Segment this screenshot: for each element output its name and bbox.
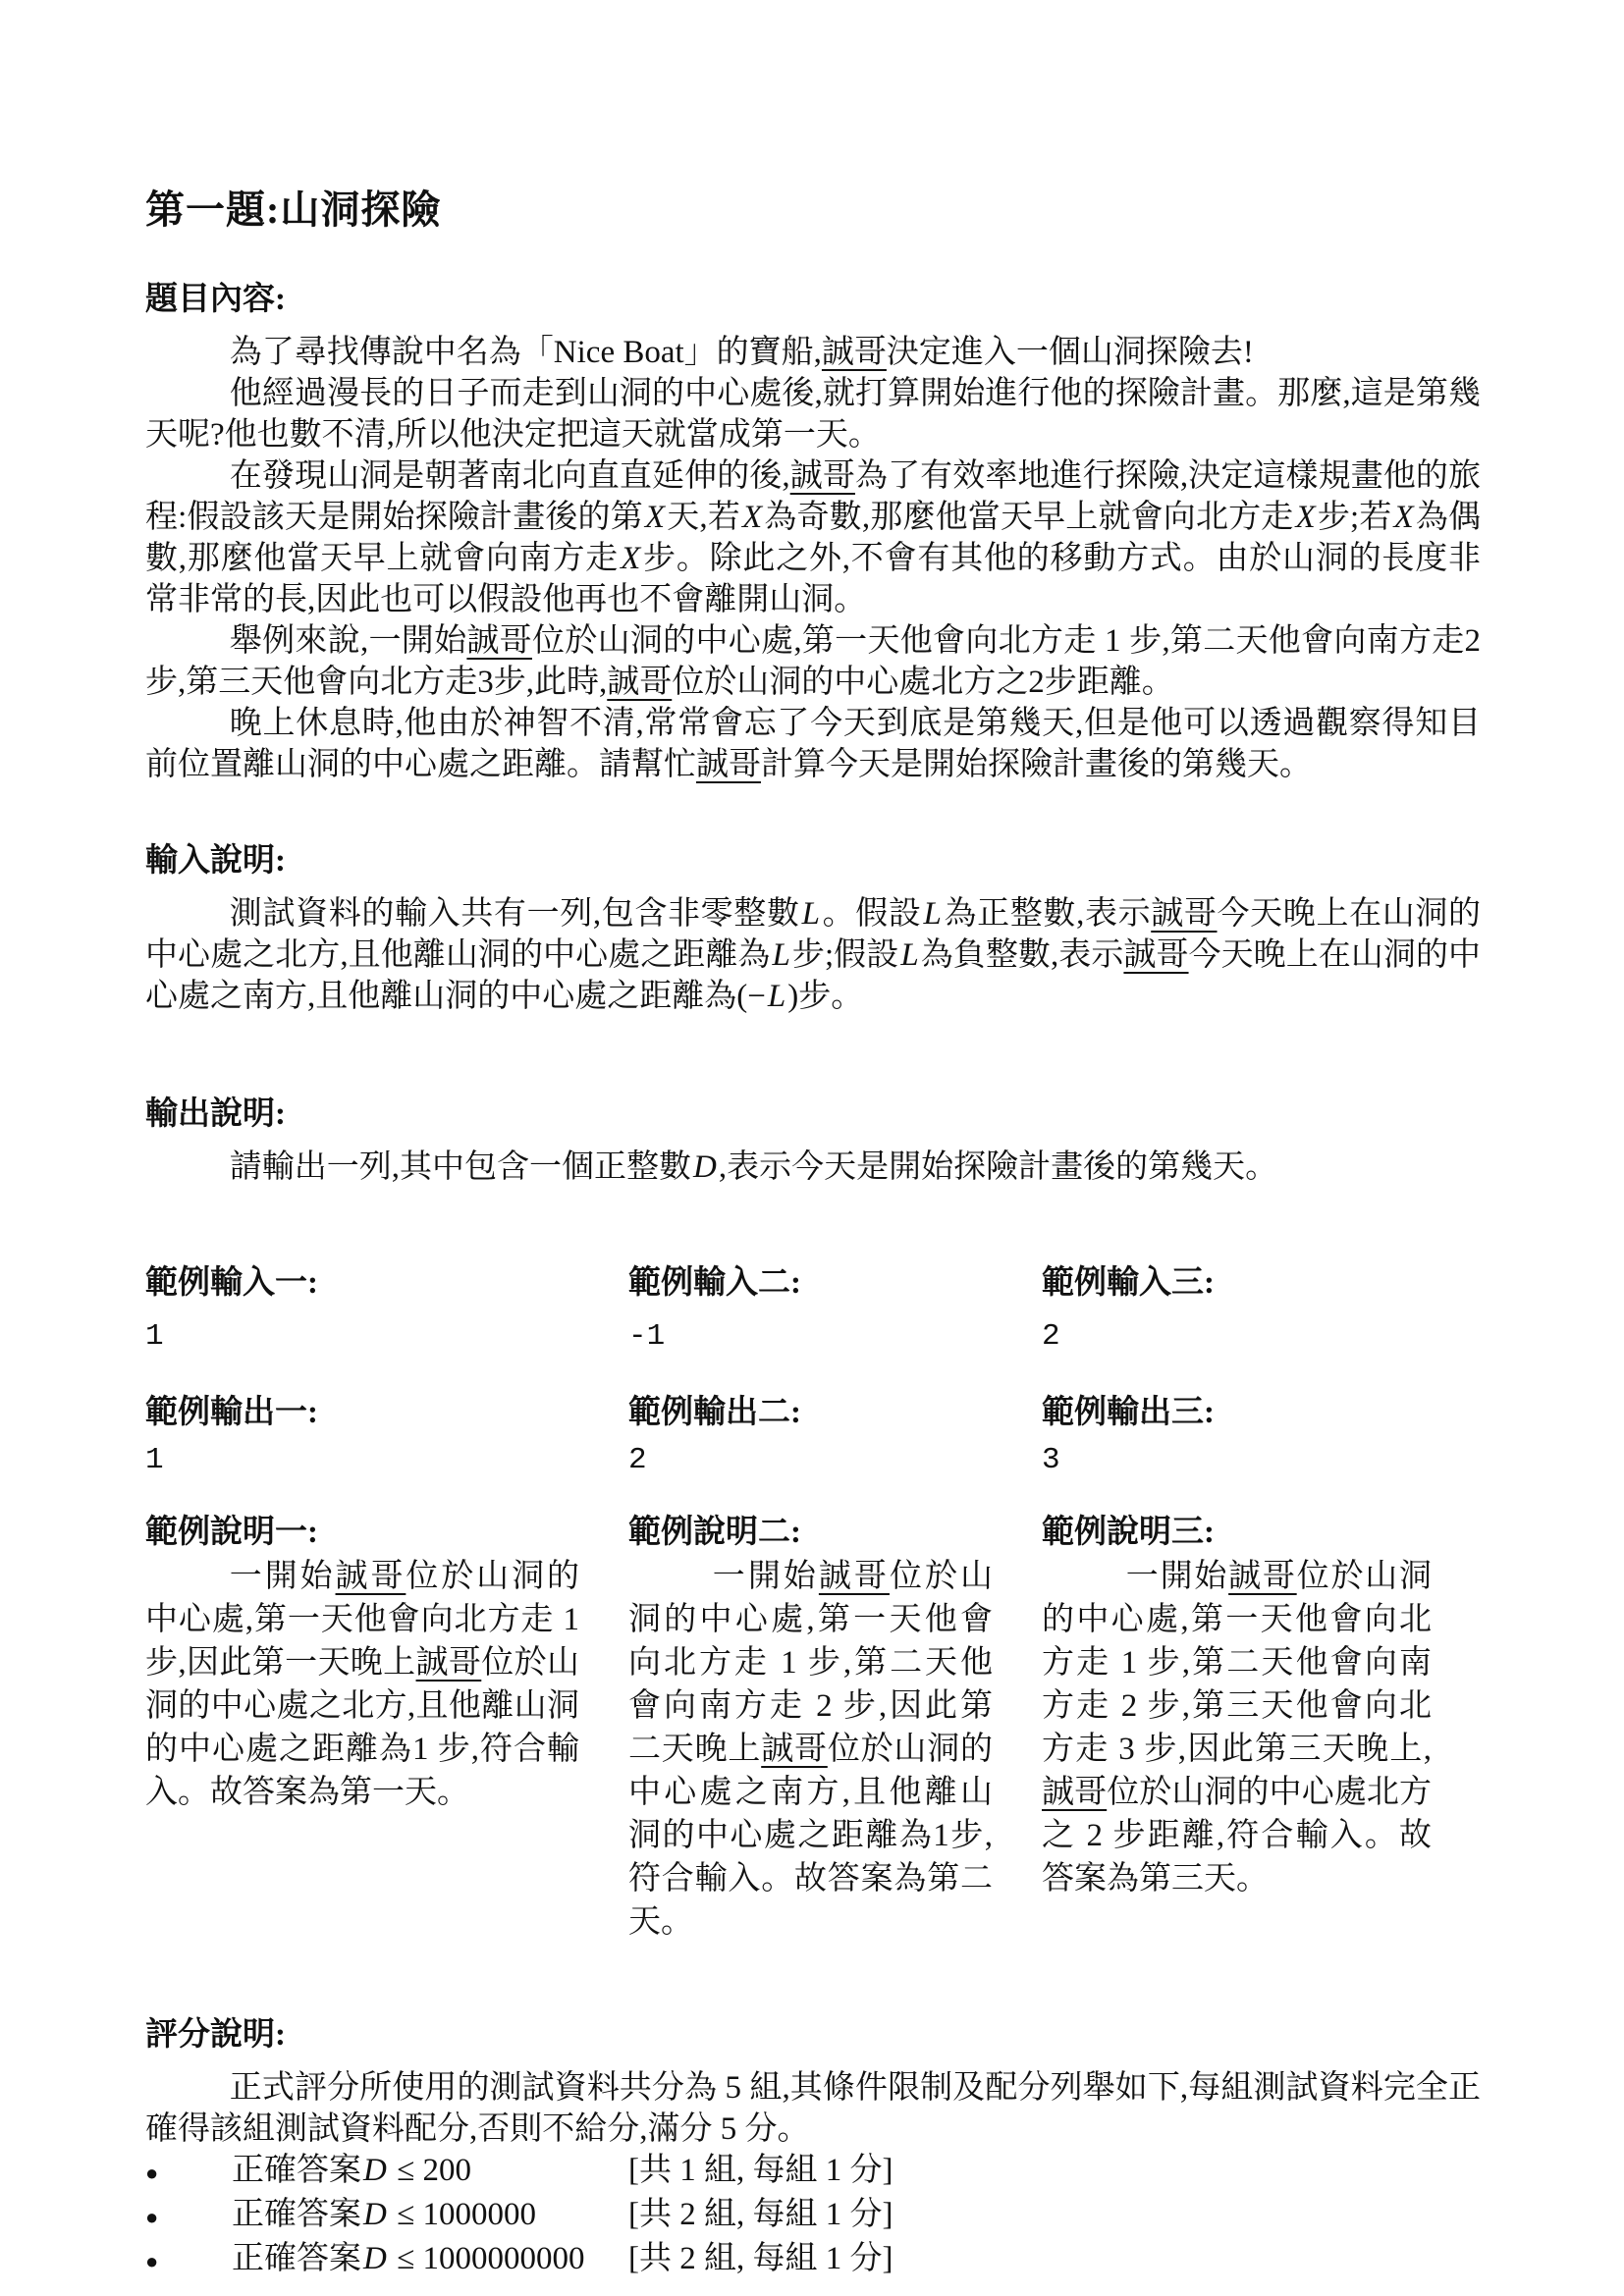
text-run: 步;假設 [792,937,898,973]
sample-input-2-heading: 範例輸入二: [628,1262,993,1304]
sample-explanation-3-heading: 範例說明三: [1042,1512,1432,1553]
proper-name-underlined: 誠哥 [607,665,672,700]
section-statement: 題目內容: 為了尋找傳說中名為「Nice Boat」的寶船,誠哥決定進入一個山洞… [145,279,1481,785]
text-run: 步,此時, [494,665,608,700]
latin-text-run: 1 [1096,623,1129,659]
statement-heading: 題目內容: [145,279,1481,320]
proper-name-underlined: 誠哥 [1042,1775,1107,1810]
text-run: 請輸出一列,其中包含一個正整數 [230,1149,691,1185]
proper-name-underlined: 誠哥 [696,747,761,782]
math-variable: D [361,2153,389,2188]
sample-output-1-value: 1 [145,1439,579,1482]
latin-text-run: 2 [805,1688,843,1724]
proper-name-underlined: 誠哥 [1228,1559,1297,1594]
scoring-constraint-1: 正確答案D ≤ 200 [232,2150,628,2191]
text-run: 位於山洞的中心處北方之 [672,665,1028,700]
sample-explanation-1-text: 一開始誠哥位於山洞的中心處,第一天他會向北方走 1 步,因此第一天晚上誠哥位於山… [145,1555,579,1814]
sample-output-3-value: 3 [1042,1439,1432,1482]
latin-text-run: 1 [933,1818,949,1853]
latin-text-run: (− [736,979,766,1014]
output-spec-paragraph: 請輸出一列,其中包含一個正整數D,表示今天是開始探險計畫後的第幾天。 [145,1147,1481,1188]
text-run: 舉例來說,一開始 [230,623,467,659]
scoring-bullet-3: ● 正確答案D ≤ 1000000000 [共 2 組, 每組 1 分] [145,2238,1481,2282]
statement-paragraph-4: 舉例來說,一開始誠哥位於山洞的中心處,第一天他會向北方走 1 步,第二天他會向南… [145,620,1481,703]
proper-name-underlined: 誠哥 [466,623,532,659]
math-variable: X [619,541,642,576]
bullet-icon: ● [145,2197,232,2238]
text-run: 一開始 [713,1559,819,1594]
sample-explanation-2-text: 一開始誠哥位於山洞的中心處,第一天他會向北方走 1 步,第二天他會向南方走 2 … [628,1555,993,1944]
section-input-spec: 輸入說明: 測試資料的輸入共有一列,包含非零整數L。假設L為正整數,表示誠哥今天… [145,840,1481,1017]
sample-column-1: 範例輸入一: 1 範例輸出一: 1 範例說明一: 一開始誠哥位於山洞的中心處,第… [145,1262,628,1944]
latin-text-run: Nice Boat [554,335,684,370]
bullet-icon: ● [145,2153,232,2194]
latin-text-run: 2 [1110,1688,1147,1724]
document-page: 第一題:山洞探險 題目內容: 為了尋找傳說中名為「Nice Boat」的寶船,誠… [0,0,1624,2296]
scoring-score-3: [共 2 組, 每組 1 分] [628,2238,1481,2279]
math-variable: L [766,979,787,1014]
sample-output-3-heading: 範例輸出三: [1042,1392,1432,1433]
math-variable: X [740,500,764,535]
text-run: 決定進入一個山洞探險去! [887,335,1254,370]
text-run: 他經過漫長的日子而走到山洞的中心處後,就打算開始進行他的探險計畫。那麼,這是第幾… [145,376,1481,453]
proper-name-underlined: 誠哥 [819,1559,890,1594]
math-variable: D [361,2197,389,2232]
math-variable: X [1293,500,1317,535]
sample-column-3: 範例輸入三: 2 範例輸出三: 3 範例說明三: 一開始誠哥位於山洞的中心處,第… [1042,1262,1481,1944]
text-run: 天,若 [667,500,740,535]
section-samples: 範例輸入一: 1 範例輸出一: 1 範例說明一: 一開始誠哥位於山洞的中心處,第… [145,1262,1481,1944]
math-variable: X [643,500,667,535]
output-spec-heading: 輸出說明: [145,1094,1481,1135]
sample-input-1-value: 1 [145,1315,579,1359]
text-run: 。假設 [822,896,922,932]
input-spec-heading: 輸入說明: [145,840,1481,881]
math-variable: D [691,1149,719,1185]
scoring-paragraph: 正式評分所使用的測試資料共分為 5 組,其條件限制及配分列舉如下,每組測試資料完… [145,2067,1481,2150]
sample-output-2-value: 2 [628,1439,993,1482]
latin-text-run: 2 [1028,665,1045,700]
math-variable: L [770,937,791,973]
latin-text-run: ≤ 1000000 [389,2197,536,2232]
latin-text-run: 3 [1110,1732,1145,1767]
latin-text-run: 1 [554,1602,579,1637]
sample-input-1-heading: 範例輸入一: [145,1262,579,1304]
proper-name-underlined: 誠哥 [416,1645,482,1681]
scoring-bullet-1: ● 正確答案D ≤ 200 [共 1 組, 每組 1 分] [145,2150,1481,2194]
section-output-spec: 輸出說明: 請輸出一列,其中包含一個正整數D,表示今天是開始探險計畫後的第幾天。 [145,1094,1481,1188]
text-run: 一開始 [1126,1559,1228,1594]
latin-text-run: 2 [1076,1818,1112,1853]
math-variable: X [1392,500,1416,535]
text-run: 正式評分所使用的測試資料共分為 [230,2070,717,2106]
proper-name-underlined: 誠哥 [336,1559,406,1594]
scoring-constraint-3: 正確答案D ≤ 1000000000 [232,2238,628,2279]
sample-output-1-heading: 範例輸出一: [145,1392,579,1433]
text-run: 步,第三天他會向北方走 [145,665,477,700]
scoring-score-1: [共 1 組, 每組 1 分] [628,2150,1481,2191]
proper-name-underlined: 誠哥 [822,335,887,370]
statement-paragraph-1: 為了尋找傳說中名為「Nice Boat」的寶船,誠哥決定進入一個山洞探險去! [145,332,1481,373]
proper-name-underlined: 誠哥 [790,458,855,494]
statement-paragraph-5: 晚上休息時,他由於神智不清,常常會忘了今天到底是第幾天,但是他可以透過觀察得知目… [145,703,1481,785]
latin-text-run: 5 [717,2070,749,2106]
text-run: 步;若 [1318,500,1392,535]
text-run: 分。 [745,2111,810,2147]
scoring-heading: 評分說明: [145,2014,1481,2056]
latin-text-run: 1 [1110,1645,1147,1681]
text-run: 正確答案 [232,2153,361,2188]
text-run: 正確答案 [232,2197,361,2232]
text-run: 步,因此第三天晚上, [1144,1732,1432,1767]
latin-text-run: 1 [770,1645,808,1681]
latin-text-run: ) [787,979,798,1014]
latin-text-run: 2 [1465,623,1482,659]
proper-name-underlined: 誠哥 [1123,937,1188,973]
scoring-score-2: [共 2 組, 每組 1 分] [628,2194,1481,2235]
bullet-icon: ● [145,2241,232,2282]
text-run: 」的寶船, [684,335,822,370]
proper-name-underlined: 誠哥 [1151,896,1217,932]
text-run: 步。 [798,979,863,1014]
text-run: 計算今天是開始探險計畫後的第幾天。 [761,747,1312,782]
latin-text-run: ≤ 200 [389,2153,471,2188]
text-run: ,表示今天是開始探險計畫後的第幾天。 [719,1149,1277,1185]
statement-paragraph-3: 在發現山洞是朝著南北向直直延伸的後,誠哥為了有效率地進行探險,決定這樣規畫他的旅… [145,455,1481,620]
text-run: 正確答案 [232,2241,361,2276]
text-run: 為了尋找傳說中名為「 [230,335,554,370]
text-run: 為正整數,表示 [944,896,1151,932]
sample-column-2: 範例輸入二: -1 範例輸出二: 2 範例說明二: 一開始誠哥位於山洞的中心處,… [628,1262,1042,1944]
text-run: 位於山洞的中心處,第一天他會向北方走 [532,623,1097,659]
text-run: 步,因此第一天晚上 [145,1645,416,1681]
input-spec-paragraph: 測試資料的輸入共有一列,包含非零整數L。假設L為正整數,表示誠哥今天晚上在山洞的… [145,893,1481,1017]
sample-explanation-2-heading: 範例說明二: [628,1512,993,1553]
text-run: 步距離。 [1045,665,1174,700]
math-variable: L [800,896,822,932]
math-variable: D [361,2241,389,2276]
latin-text-run: ≤ 1000000000 [389,2241,585,2276]
latin-text-run: 1 [412,1732,429,1767]
scoring-constraint-2: 正確答案D ≤ 1000000 [232,2194,628,2235]
statement-paragraph-2: 他經過漫長的日子而走到山洞的中心處後,就打算開始進行他的探險計畫。那麼,這是第幾… [145,373,1481,455]
sample-input-2-value: -1 [628,1315,993,1359]
text-run: 步,第二天他會向南方走 [1129,623,1464,659]
proper-name-underlined: 誠哥 [761,1732,828,1767]
sample-explanation-1-heading: 範例說明一: [145,1512,579,1553]
text-run: 一開始 [230,1559,336,1594]
text-run: 測試資料的輸入共有一列,包含非零整數 [230,896,800,932]
math-variable: L [922,896,944,932]
sample-input-3-value: 2 [1042,1315,1432,1359]
latin-text-run: 3 [477,665,494,700]
sample-explanation-3-text: 一開始誠哥位於山洞的中心處,第一天他會向北方走 1 步,第二天他會向南方走 2 … [1042,1555,1432,1900]
latin-text-run: 5 [713,2111,745,2147]
problem-title: 第一題:山洞探險 [145,187,1481,234]
scoring-bullet-2: ● 正確答案D ≤ 1000000 [共 2 組, 每組 1 分] [145,2194,1481,2238]
text-run: 為奇數,那麼他當天早上就會向北方走 [764,500,1293,535]
text-run: 為負整數,表示 [921,937,1124,973]
sample-output-2-heading: 範例輸出二: [628,1392,993,1433]
text-run: 在發現山洞是朝著南北向直直延伸的後, [230,458,790,494]
sample-input-3-heading: 範例輸入三: [1042,1262,1432,1304]
scoring-bullet-list: ● 正確答案D ≤ 200 [共 1 組, 每組 1 分] ● 正確答案D ≤ … [145,2150,1481,2282]
math-variable: L [898,937,920,973]
section-scoring: 評分說明: 正式評分所使用的測試資料共分為 5 組,其條件限制及配分列舉如下,每… [145,2014,1481,2282]
